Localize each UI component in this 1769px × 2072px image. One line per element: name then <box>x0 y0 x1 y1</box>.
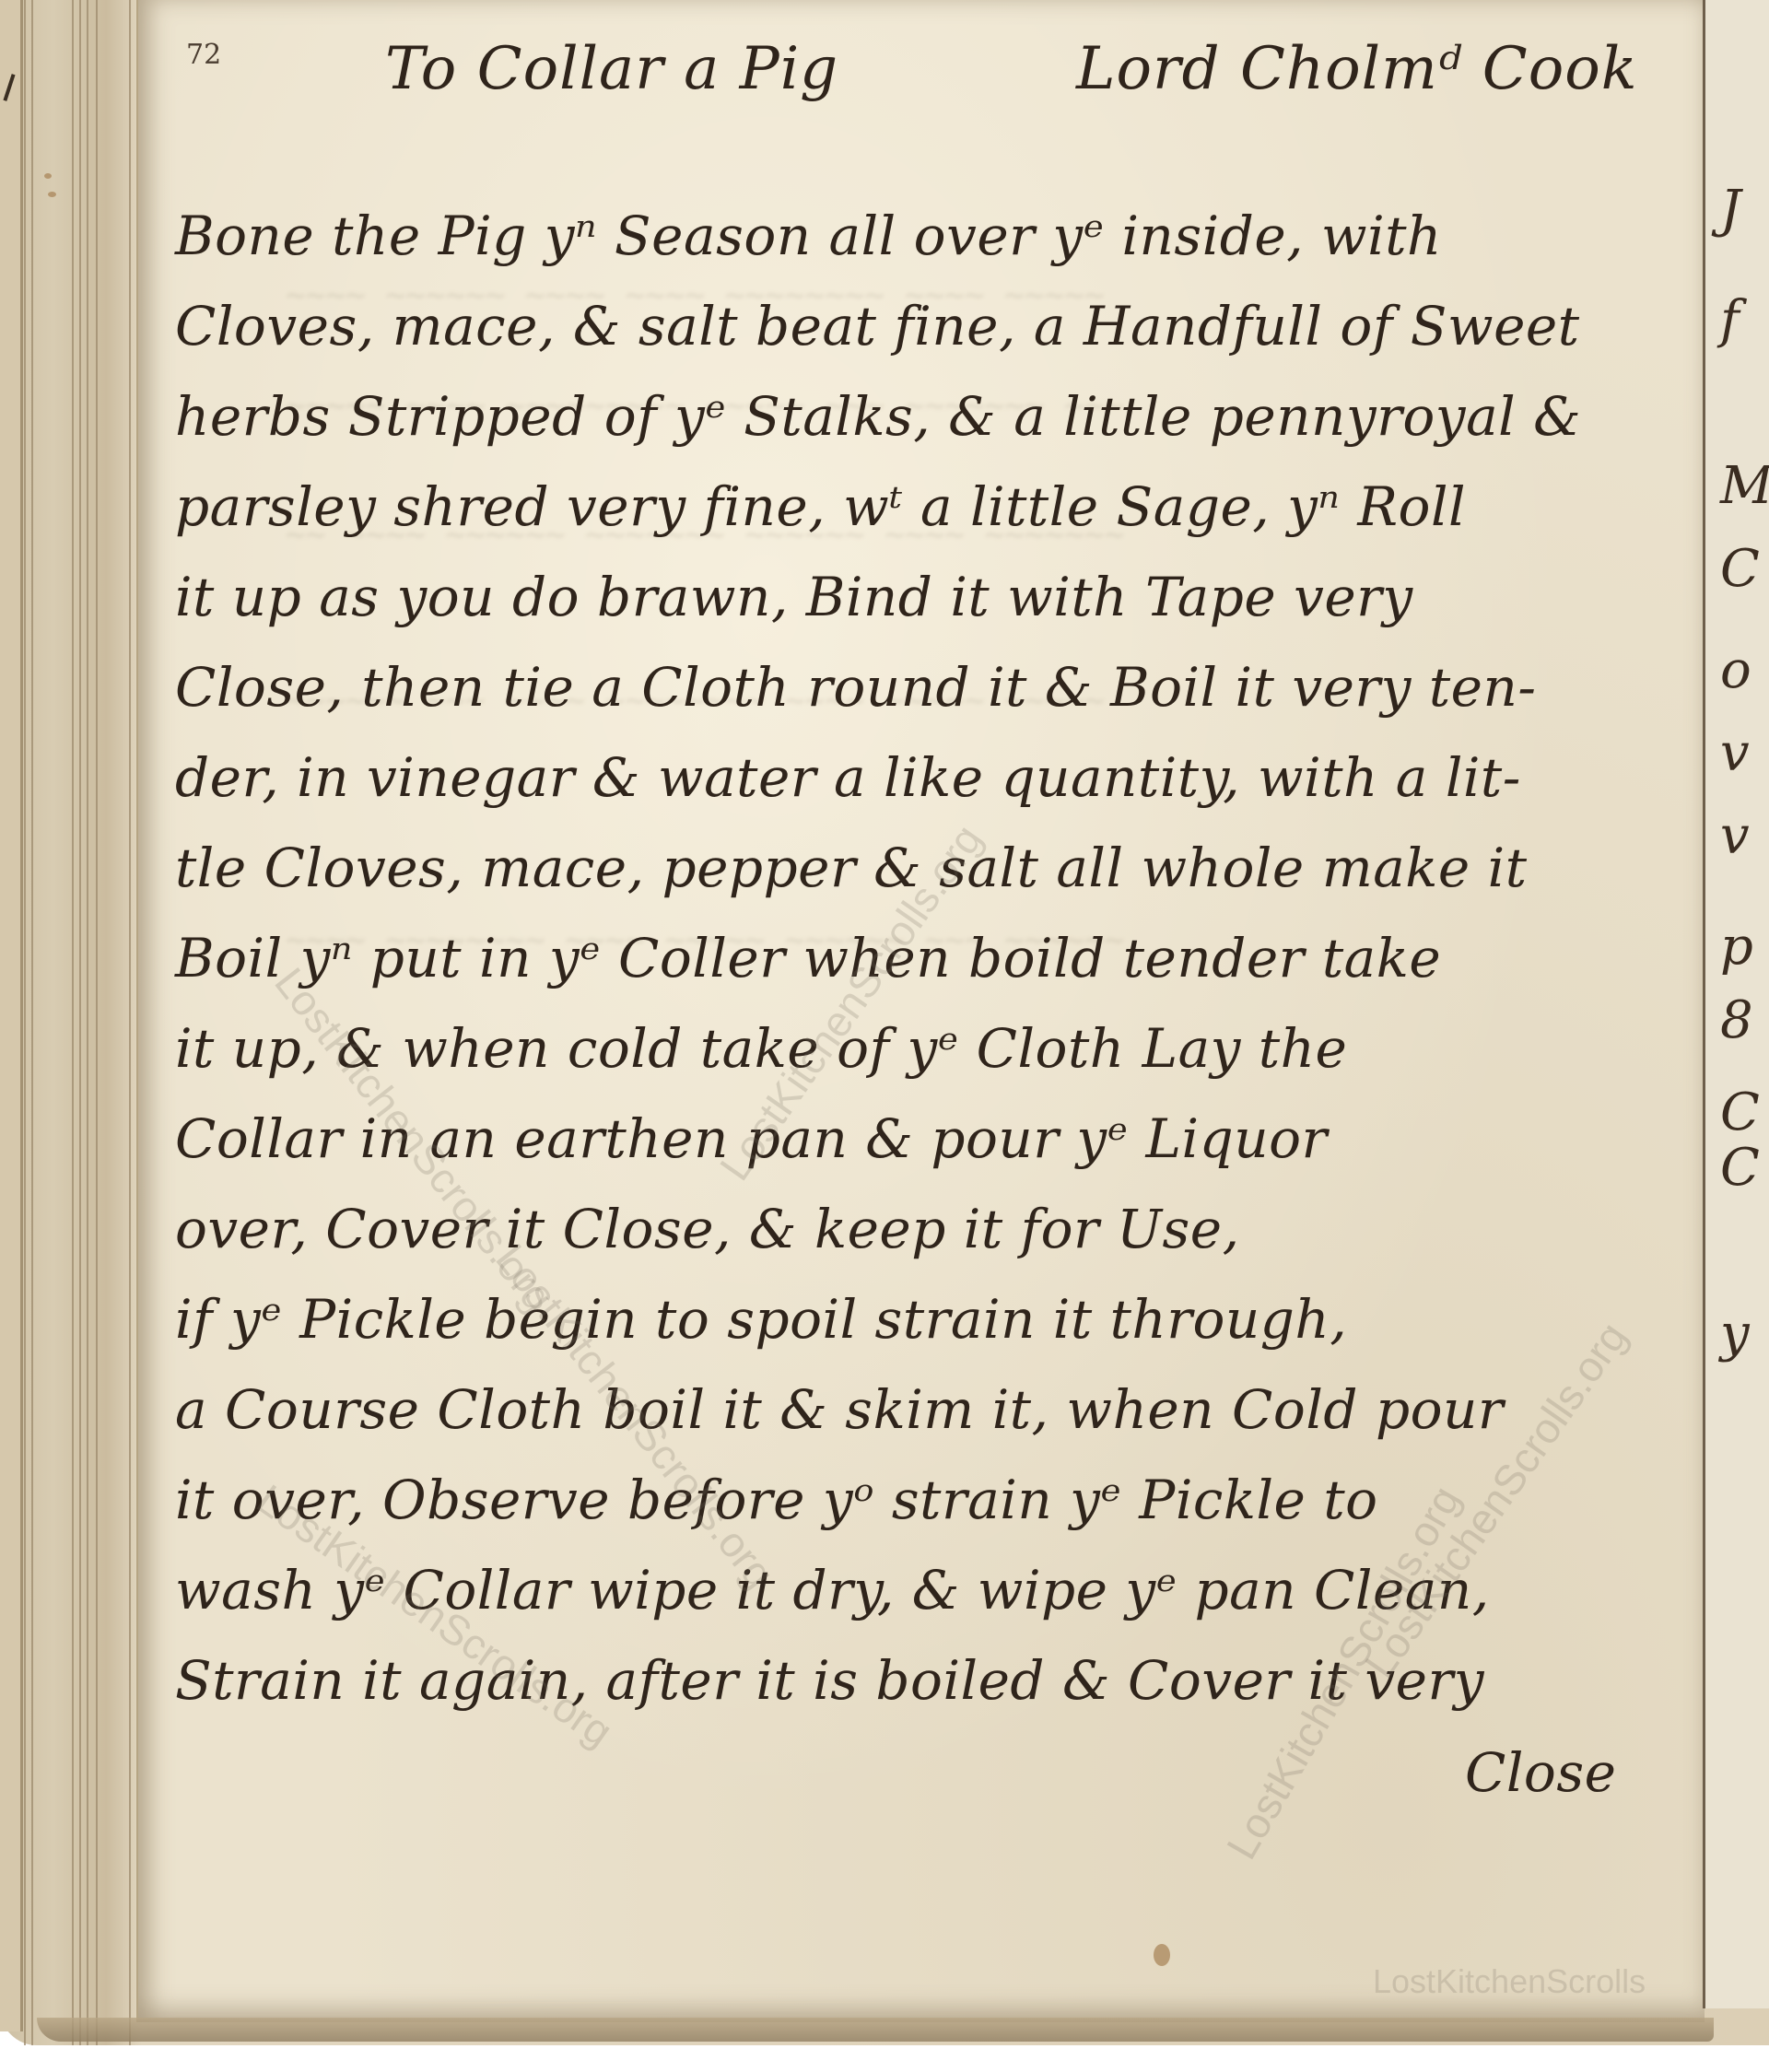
facing-page-letter: C <box>1720 1087 1760 1139</box>
closing-word: Close <box>1465 1741 1616 1804</box>
body-line: over, Cover it Close, & keep it for Use, <box>175 1198 1240 1260</box>
body-line: Cloves, mace, & salt beat fine, a Handfu… <box>175 295 1580 357</box>
facing-page-letter: J <box>1720 184 1740 236</box>
paper-stain <box>1154 1944 1170 1966</box>
page-number: 72 <box>186 39 221 71</box>
body-line: it over, Observe before yᵒ strain yᵉ Pic… <box>175 1469 1378 1531</box>
page-stack-edge <box>129 0 131 2045</box>
body-line: tle Cloves, mace, pepper & salt all whol… <box>175 837 1528 899</box>
body-line: Bone the Pig yⁿ Season all over yᵉ insid… <box>175 205 1442 267</box>
body-line: der, in vinegar & water a like quantity,… <box>175 746 1521 809</box>
manuscript-page: ~~~~ ~~~~~~ ~~~~ ~~~~ ~~~~~~~~ ~~~~ ~~~~… <box>136 0 1705 2022</box>
body-line: herbs Stripped of yᵉ Stalks, & a little … <box>175 385 1581 448</box>
facing-page-letter: f <box>1720 295 1740 346</box>
facing-page-letter: v <box>1720 811 1750 862</box>
facing-page-letter: p <box>1720 921 1753 973</box>
page-stack-edge <box>87 0 88 2045</box>
body-line: it up as you do brawn, Bind it with Tape… <box>175 566 1413 628</box>
body-line: Boil yⁿ put in yᵉ Coller when boild tend… <box>175 927 1441 989</box>
footer-watermark: LostKitchenScrolls <box>1373 1962 1646 2001</box>
facing-page-letter: M <box>1720 461 1769 512</box>
recipe-attribution: Lord Cholmᵈ Cook <box>1076 35 1638 103</box>
body-line: if yᵉ Pickle begin to spoil strain it th… <box>175 1288 1347 1351</box>
page-stack-bottom-edge <box>37 2018 1714 2042</box>
recipe-title: To Collar a Pig <box>385 35 838 103</box>
facing-page-edge: J f M C o v v p 8 C C y <box>1703 0 1769 2008</box>
body-line: Strain it again, after it is boiled & Co… <box>175 1649 1484 1712</box>
page-stack-edge <box>79 0 81 2045</box>
watermark: LostKitchenScrolls.org <box>1354 1313 1637 1687</box>
facing-page-letter: C <box>1720 544 1760 595</box>
page-stack-edge <box>96 0 98 2045</box>
facing-page-letter: v <box>1720 728 1750 779</box>
ink-spot <box>48 192 56 197</box>
facing-page-letter: 8 <box>1720 995 1753 1047</box>
previous-leaf-edge <box>0 0 23 2031</box>
ink-mark <box>3 74 15 101</box>
body-line: Close, then tie a Cloth round it & Boil … <box>175 656 1536 719</box>
facing-page-letter: y <box>1720 1308 1750 1360</box>
body-line: parsley shred very fine, wᵗ a little Sag… <box>175 475 1466 538</box>
facing-page-letter: o <box>1720 645 1751 697</box>
facing-page-letter: C <box>1720 1142 1760 1194</box>
page-stack-edge <box>72 0 74 2045</box>
page-stack-edge <box>31 0 33 2045</box>
page-stack-edge <box>24 0 26 2045</box>
ink-spot <box>44 173 52 179</box>
body-line: a Course Cloth boil it & skim it, when C… <box>175 1378 1504 1441</box>
